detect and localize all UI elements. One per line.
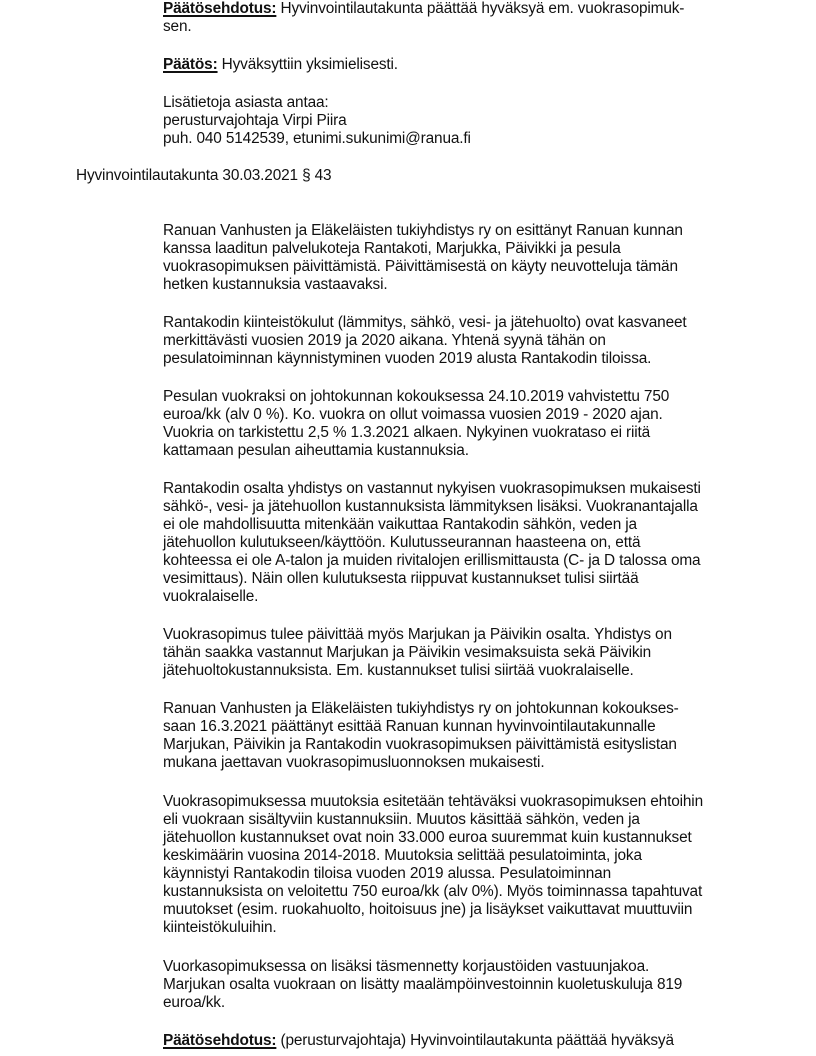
- paragraph-2: Rantakodin kiinteistökulut (lämmitys, sä…: [163, 314, 743, 368]
- decision-label: Päätös:: [163, 56, 218, 73]
- bottom-proposal: Päätösehdotus: (perusturvajohtaja) Hyvin…: [163, 1032, 743, 1050]
- contact-info: Lisätietoja asiasta antaa: perusturvajoh…: [163, 94, 743, 148]
- contact-intro: Lisätietoja asiasta antaa:: [163, 94, 743, 112]
- paragraph-8: Vuorkasopimuksessa on lisäksi täsmennett…: [163, 958, 743, 1012]
- decision-text: Hyväksyttiin yksimielisesti.: [218, 56, 398, 73]
- contact-person: perusturvajohtaja Virpi Piira: [163, 112, 743, 130]
- bottom-proposal-text: (perusturvajohtaja) Hyvinvointilautakunt…: [276, 1032, 674, 1049]
- paragraph-7: Vuokrasopimuksessa muutoksia esitetään t…: [163, 793, 743, 937]
- paragraph-4: Rantakodin osalta yhdistys on vastannut …: [163, 480, 743, 606]
- proposal-line-1: Päätösehdotus: Hyvinvointilautakunta pää…: [163, 0, 743, 18]
- section-heading: Hyvinvointilautakunta 30.03.2021 § 43: [76, 167, 331, 185]
- paragraph-5: Vuokrasopimus tulee päivittää myös Marju…: [163, 626, 743, 680]
- paragraph-1: Ranuan Vanhusten ja Eläkeläisten tukiyhd…: [163, 222, 743, 294]
- previous-proposal: Päätösehdotus: Hyvinvointilautakunta pää…: [163, 0, 743, 36]
- bottom-proposal-label: Päätösehdotus:: [163, 1032, 276, 1049]
- proposal-text: Hyvinvointilautakunta päättää hyväksyä e…: [276, 0, 684, 17]
- paragraph-3: Pesulan vuokraksi on johtokunnan kokouks…: [163, 388, 743, 460]
- document-page: Päätösehdotus: Hyvinvointilautakunta pää…: [0, 0, 816, 1056]
- previous-decision: Päätös: Hyväksyttiin yksimielisesti.: [163, 56, 743, 74]
- paragraph-6: Ranuan Vanhusten ja Eläkeläisten tukiyhd…: [163, 700, 743, 772]
- contact-phone-email: puh. 040 5142539, etunimi.sukunimi@ranua…: [163, 130, 743, 148]
- proposal-line-2: sen.: [163, 18, 743, 36]
- decision-line: Päätös: Hyväksyttiin yksimielisesti.: [163, 56, 743, 74]
- proposal-label: Päätösehdotus:: [163, 0, 276, 17]
